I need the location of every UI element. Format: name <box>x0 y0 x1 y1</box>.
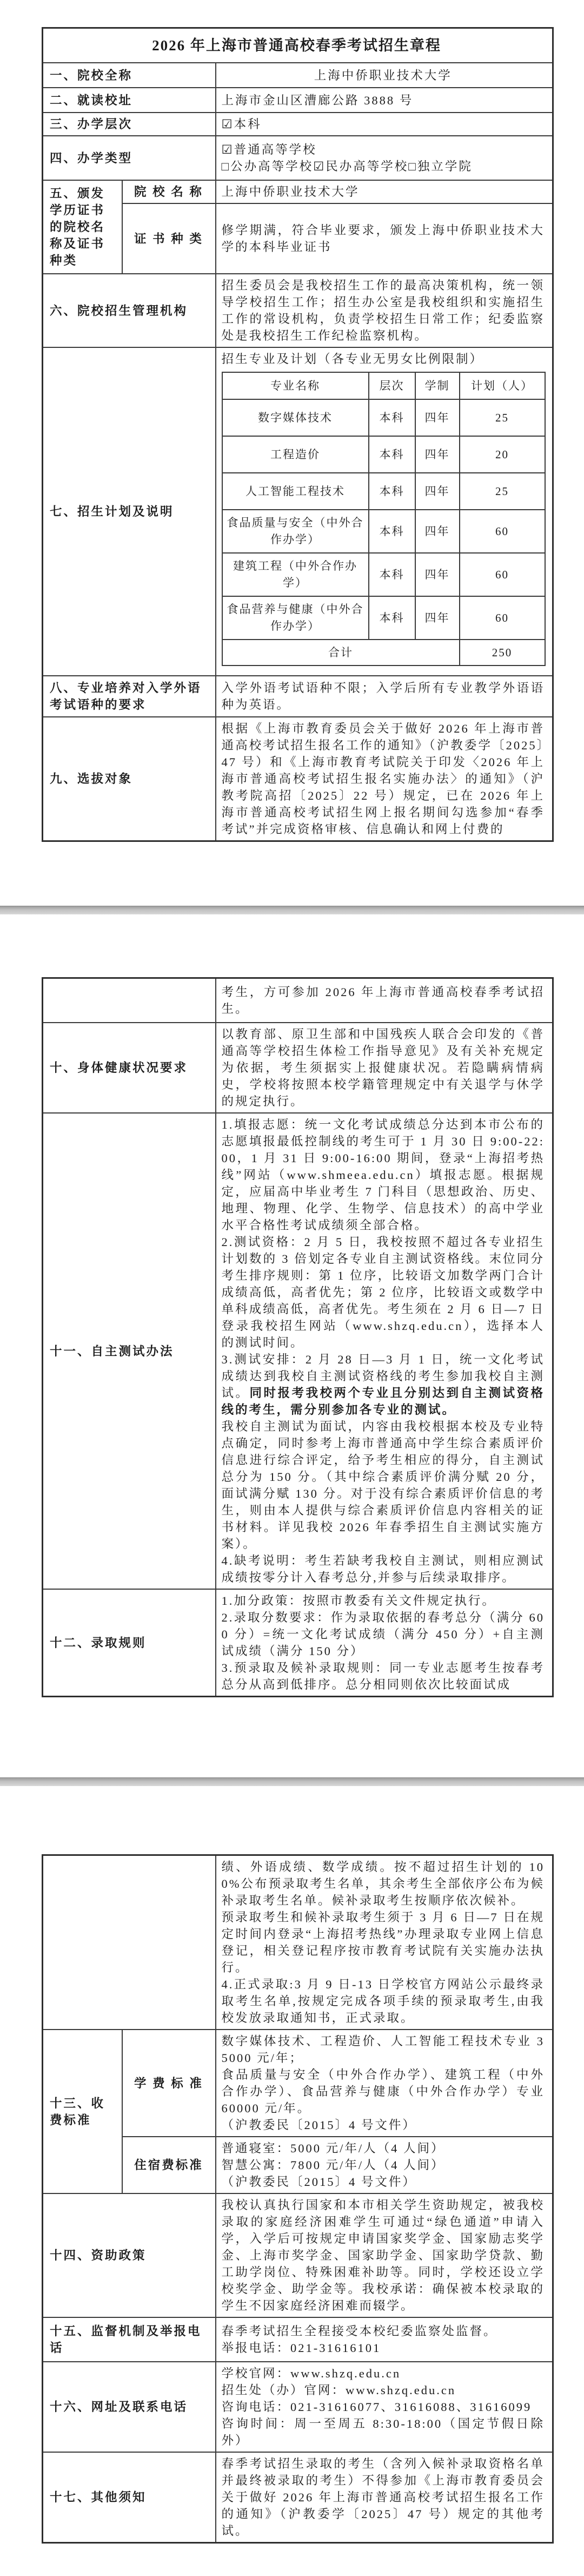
plan-total-row: 合计 250 <box>222 640 545 666</box>
plan-major: 食品质量与安全（中外合作办学） <box>222 510 369 553</box>
test-method-value: 1.填报志愿：统一文化考试成绩总分达到本市公布的志愿填报最低控制线的考生可于 1… <box>216 1113 553 1589</box>
plan-count: 60 <box>460 553 545 596</box>
cert-school-value: 上海中侨职业技术大学 <box>216 180 553 203</box>
table-row: 十三、收费标准 学 费 标 准 数字媒体技术、工程造价、人工智能工程技术专业 3… <box>43 2030 553 2137</box>
school-type-line1: ☑普通高等学校 <box>222 141 545 158</box>
test-method-p4: 我校自主测试为面试，内容由我校根据本校及专业特点确定，同时参考上海市普通高中学生… <box>222 1418 545 1552</box>
charter-table-page1: 2026 年上海市普通高校春季考试招生章程 一、院校全称 上海中侨职业技术大学 … <box>42 27 554 842</box>
plan-count: 60 <box>460 510 545 553</box>
table-row: 七、招生计划及说明 招生专业及计划（各专业无男女比例限制） 专业名称 层次 学制… <box>43 347 553 676</box>
table-row: 十六、网址及联系电话 学校官网：www.shzq.edu.cn 招生处（办）官网… <box>43 2362 553 2452</box>
page-separator <box>0 1777 584 1786</box>
page-separator-band <box>0 1777 584 1786</box>
test-method-p3-bold: 同时报考我校两个专业且分别达到自主测试资格线的考生，需分别参加各专业的测试。 <box>222 1386 545 1417</box>
school-type-value: ☑普通高等学校 □公办高等学校☑民办高等学校□独立学院 <box>216 136 553 180</box>
plan-level: 本科 <box>369 553 415 596</box>
table-row: 六、院校招生管理机构 招生委员会是我校招生工作的最高决策机构，统一领导学校招生工… <box>43 274 553 347</box>
tuition-sublabel: 学 费 标 准 <box>122 2030 216 2137</box>
table-row: 九、选拔对象 根据《上海市教育委员会关于做好 2026 年上海市普通高校考试招生… <box>43 717 553 841</box>
plan-row: 食品营养与健康（中外合作办学） 本科 四年 60 <box>222 596 545 640</box>
plan-level: 本科 <box>369 436 415 473</box>
document-page-3: 绩、外语成绩、数学成绩。按不超过招生计划的 100%公布预录取考生名单，其余考生… <box>0 1854 584 2544</box>
section-label-4: 四、办学类型 <box>43 136 216 180</box>
plan-header-row: 专业名称 层次 学制 计划（人） <box>222 372 545 399</box>
section-label-8: 八、专业培养对入学外语考试语种的要求 <box>43 676 216 717</box>
section-label-11: 十一、自主测试办法 <box>43 1113 216 1589</box>
plan-count: 25 <box>460 399 545 436</box>
education-level-value: ☑本科 <box>216 113 553 136</box>
cert-kind-sublabel: 证 书 种 类 <box>122 203 216 274</box>
plan-level: 本科 <box>369 510 415 553</box>
charter-table-page3: 绩、外语成绩、数学成绩。按不超过招生计划的 100%公布预录取考生名单，其余考生… <box>42 1854 554 2544</box>
section-label-2: 二、就读校址 <box>43 88 216 113</box>
plan-years: 四年 <box>415 596 460 640</box>
plan-count: 25 <box>460 473 545 510</box>
plan-major: 工程造价 <box>222 436 369 473</box>
plan-total-label: 合计 <box>222 640 460 666</box>
test-method-p2: 2.测试资格：2 月 5 日，我校按照不超过各专业招生计划数的 3 倍划定各专业… <box>222 1234 545 1351</box>
section-label-9-cont <box>43 978 216 1023</box>
school-name-value: 上海中侨职业技术大学 <box>216 63 553 88</box>
section-label-12: 十二、录取规则 <box>43 1589 216 1697</box>
housing-sublabel: 住宿费标准 <box>122 2137 216 2193</box>
table-row: 二、就读校址 上海市金山区漕廊公路 3888 号 <box>43 88 553 113</box>
section-label-14: 十四、资助政策 <box>43 2193 216 2317</box>
contact-admissions-website: 招生处（办）官网：www.shzq.edu.cn <box>222 2382 545 2399</box>
table-row: 五、颁发学历证书的院校名称及证书种类 院 校 名 称 上海中侨职业技术大学 <box>43 180 553 203</box>
housing-line1: 普通寝室：5000 元/年/人（4 人间） <box>222 2140 545 2157</box>
page-separator <box>0 906 584 914</box>
plan-years: 四年 <box>415 473 460 510</box>
tuition-line3: （沪教委民〔2015〕4 号文件） <box>222 2117 545 2133</box>
plan-level: 本科 <box>369 473 415 510</box>
supervision-value: 春季考试招生全程接受本校纪委监察处监督。 举报电话：021-31616101 <box>216 2317 553 2362</box>
table-row: 四、办学类型 ☑普通高等学校 □公办高等学校☑民办高等学校□独立学院 <box>43 136 553 180</box>
document-title: 2026 年上海市普通高校春季考试招生章程 <box>43 28 553 63</box>
health-requirement-value: 以教育部、原卫生部和中国残疾人联合会印发的《普通高等学校招生体检工作指导意见》及… <box>216 1023 553 1113</box>
plan-level: 本科 <box>369 596 415 640</box>
section-label-16: 十六、网址及联系电话 <box>43 2362 216 2452</box>
admission-rules-cont2: 预录取考生和候补录取考生须于 3 月 6 日—7 日在规定时间内登录“上海招考热… <box>222 1909 545 1976</box>
plan-major: 人工智能工程技术 <box>222 473 369 510</box>
tuition-line1: 数字媒体技术、工程造价、人工智能工程技术专业 35000 元/年； <box>222 2033 545 2066</box>
section-label-10: 十、身体健康状况要求 <box>43 1023 216 1113</box>
housing-line3: （沪教委民〔2015〕4 号文件） <box>222 2173 545 2190</box>
section-label-15: 十五、监督机制及举报电话 <box>43 2317 216 2362</box>
plan-row: 食品质量与安全（中外合作办学） 本科 四年 60 <box>222 510 545 553</box>
section-label-6: 六、院校招生管理机构 <box>43 274 216 347</box>
cert-kind-value: 修学期满，符合毕业要求，颁发上海中侨职业技术大学的本科毕业证书 <box>216 203 553 274</box>
tuition-line2: 食品质量与安全（中外合作办学）、建筑工程（中外合作办学）、食品营养与健康（中外合… <box>222 2066 545 2117</box>
housing-value: 普通寝室：5000 元/年/人（4 人间） 智慧公寓：7800 元/年/人（4 … <box>216 2137 553 2193</box>
plan-row: 数字媒体技术 本科 四年 25 <box>222 399 545 436</box>
table-row: 八、专业培养对入学外语考试语种的要求 入学外语考试语种不限；入学后所有专业教学外… <box>43 676 553 717</box>
plan-header-level: 层次 <box>369 372 415 399</box>
bottom-margin <box>0 2544 584 2576</box>
contact-hours: 咨询时间：周一至周五 8:30-18:00（国定节假日除外） <box>222 2415 545 2449</box>
plan-row: 工程造价 本科 四年 20 <box>222 436 545 473</box>
supervision-report-phone: 举报电话：021-31616101 <box>222 2340 545 2356</box>
test-method-p5: 4.缺考说明：考生若缺考我校自主测试，则相应测试成绩按零分计入春考总分,并参与后… <box>222 1552 545 1586</box>
section-label-1: 一、院校全称 <box>43 63 216 88</box>
charter-table-page2: 考生，方可参加 2026 年上海市普通高校春季考试招生。 十、身体健康状况要求 … <box>42 977 554 1697</box>
enrollment-plan-cell: 招生专业及计划（各专业无男女比例限制） 专业名称 层次 学制 计划（人） 数字媒… <box>216 347 553 676</box>
test-method-p1: 1.填报志愿：统一文化考试成绩总分达到本市公布的志愿填报最低控制线的考生可于 1… <box>222 1116 545 1234</box>
housing-line2: 智慧公寓：7800 元/年/人（4 人间） <box>222 2157 545 2173</box>
section-label-13: 十三、收费标准 <box>43 2030 122 2193</box>
table-row: 十五、监督机制及举报电话 春季考试招生全程接受本校纪委监察处监督。 举报电话：0… <box>43 2317 553 2362</box>
table-row: 十四、资助政策 我校认真执行国家和本市相关学生资助规定，被我校录取的家庭经济困难… <box>43 2193 553 2317</box>
plan-major: 食品营养与健康（中外合作办学） <box>222 596 369 640</box>
enrollment-plan-table: 专业名称 层次 学制 计划（人） 数字媒体技术 本科 四年 25 工程造价 本科 <box>222 372 546 666</box>
table-row: 考生，方可参加 2026 年上海市普通高校春季考试招生。 <box>43 978 553 1023</box>
section-label-7: 七、招生计划及说明 <box>43 347 216 676</box>
contact-website: 学校官网：www.shzq.edu.cn <box>222 2365 545 2382</box>
plan-major: 数字媒体技术 <box>222 399 369 436</box>
plan-header-years: 学制 <box>415 372 460 399</box>
admission-rules-cont1: 绩、外语成绩、数学成绩。按不超过招生计划的 100%公布预录取考生名单，其余考生… <box>222 1859 545 1909</box>
language-requirement-value: 入学外语考试语种不限；入学后所有专业教学外语语种为英语。 <box>216 676 553 717</box>
plan-level: 本科 <box>369 399 415 436</box>
document-page-2: 考生，方可参加 2026 年上海市普通高校春季考试招生。 十、身体健康状况要求 … <box>0 977 584 1697</box>
plan-count: 60 <box>460 596 545 640</box>
document-page-1: 2026 年上海市普通高校春季考试招生章程 一、院校全称 上海中侨职业技术大学 … <box>0 0 584 842</box>
selection-target-continued: 考生，方可参加 2026 年上海市普通高校春季考试招生。 <box>216 978 553 1023</box>
plan-years: 四年 <box>415 399 460 436</box>
plan-header-count: 计划（人） <box>460 372 545 399</box>
contact-value: 学校官网：www.shzq.edu.cn 招生处（办）官网：www.shzq.e… <box>216 2362 553 2452</box>
plan-years: 四年 <box>415 553 460 596</box>
plan-count: 20 <box>460 436 545 473</box>
plan-row: 人工智能工程技术 本科 四年 25 <box>222 473 545 510</box>
section-label-5: 五、颁发学历证书的院校名称及证书种类 <box>43 180 122 274</box>
plan-header-major: 专业名称 <box>222 372 369 399</box>
section-label-17: 十七、其他须知 <box>43 2452 216 2543</box>
table-row: 绩、外语成绩、数学成绩。按不超过招生计划的 100%公布预录取考生名单，其余考生… <box>43 1855 553 2030</box>
financial-aid-value: 我校认真执行国家和本市相关学生资助规定，被我校录取的家庭经济困难学生可通过“绿色… <box>216 2193 553 2317</box>
selection-target-value: 根据《上海市教育委员会关于做好 2026 年上海市普通高校考试招生报名工作的通知… <box>216 717 553 841</box>
cert-school-sublabel: 院 校 名 称 <box>122 180 216 203</box>
plan-intro: 招生专业及计划（各专业无男女比例限制） <box>222 351 545 367</box>
section-label-9: 九、选拔对象 <box>43 717 216 841</box>
table-row: 十、身体健康状况要求 以教育部、原卫生部和中国残疾人联合会印发的《普通高等学校招… <box>43 1023 553 1113</box>
other-notes-value: 春季考试招生录取的考生（含列入候补录取资格名单并最终被录取的考生）不得参加《上海… <box>216 2452 553 2543</box>
table-row: 十一、自主测试办法 1.填报志愿：统一文化考试成绩总分达到本市公布的志愿填报最低… <box>43 1113 553 1589</box>
admission-rules-p2: 2.录取分数要求：作为录取依据的春考总分（满分 600 分）=统一文化考试成绩（… <box>222 1609 545 1659</box>
admission-rules-cont3: 4.正式录取:3 月 9 日-13 日学校官方网站公示最终录取考生名单,按规定完… <box>222 1976 545 2026</box>
page-separator-band <box>0 906 584 914</box>
supervision-line1: 春季考试招生全程接受本校纪委监察处监督。 <box>222 2323 545 2340</box>
contact-phone: 咨询电话：021-31616077、31616088、31616099 <box>222 2399 545 2415</box>
admission-rules-continued: 绩、外语成绩、数学成绩。按不超过招生计划的 100%公布预录取考生名单，其余考生… <box>216 1855 553 2030</box>
admission-rules-p1: 1.加分政策：按照市教委有关文件规定执行。 <box>222 1592 545 1609</box>
school-type-line2: □公办高等学校☑民办高等学校□独立学院 <box>222 158 545 175</box>
table-row: 2026 年上海市普通高校春季考试招生章程 <box>43 28 553 63</box>
admission-org-value: 招生委员会是我校招生工作的最高决策机构，统一领导学校招生工作；招生办公室是我校组… <box>216 274 553 347</box>
admission-rules-p3: 3.预录取及候补录取规则：同一专业志愿考生按春考总分从高到低排序。总分相同则依次… <box>222 1659 545 1693</box>
campus-address-value: 上海市金山区漕廊公路 3888 号 <box>216 88 553 113</box>
table-row: 十二、录取规则 1.加分政策：按照市教委有关文件规定执行。 2.录取分数要求：作… <box>43 1589 553 1697</box>
tuition-value: 数字媒体技术、工程造价、人工智能工程技术专业 35000 元/年； 食品质量与安… <box>216 2030 553 2137</box>
plan-years: 四年 <box>415 510 460 553</box>
plan-total-count: 250 <box>460 640 545 666</box>
table-row: 三、办学层次 ☑本科 <box>43 113 553 136</box>
section-label-12-cont <box>43 1855 216 2030</box>
plan-years: 四年 <box>415 436 460 473</box>
table-row: 一、院校全称 上海中侨职业技术大学 <box>43 63 553 88</box>
section-label-3: 三、办学层次 <box>43 113 216 136</box>
test-method-p3: 3.测试安排：2 月 28 日—3 月 1 日，统一文化考试成绩达到我校自主测试… <box>222 1351 545 1418</box>
admission-rules-value: 1.加分政策：按照市教委有关文件规定执行。 2.录取分数要求：作为录取依据的春考… <box>216 1589 553 1697</box>
plan-row: 建筑工程（中外合作办学） 本科 四年 60 <box>222 553 545 596</box>
plan-major: 建筑工程（中外合作办学） <box>222 553 369 596</box>
table-row: 十七、其他须知 春季考试招生录取的考生（含列入候补录取资格名单并最终被录取的考生… <box>43 2452 553 2543</box>
